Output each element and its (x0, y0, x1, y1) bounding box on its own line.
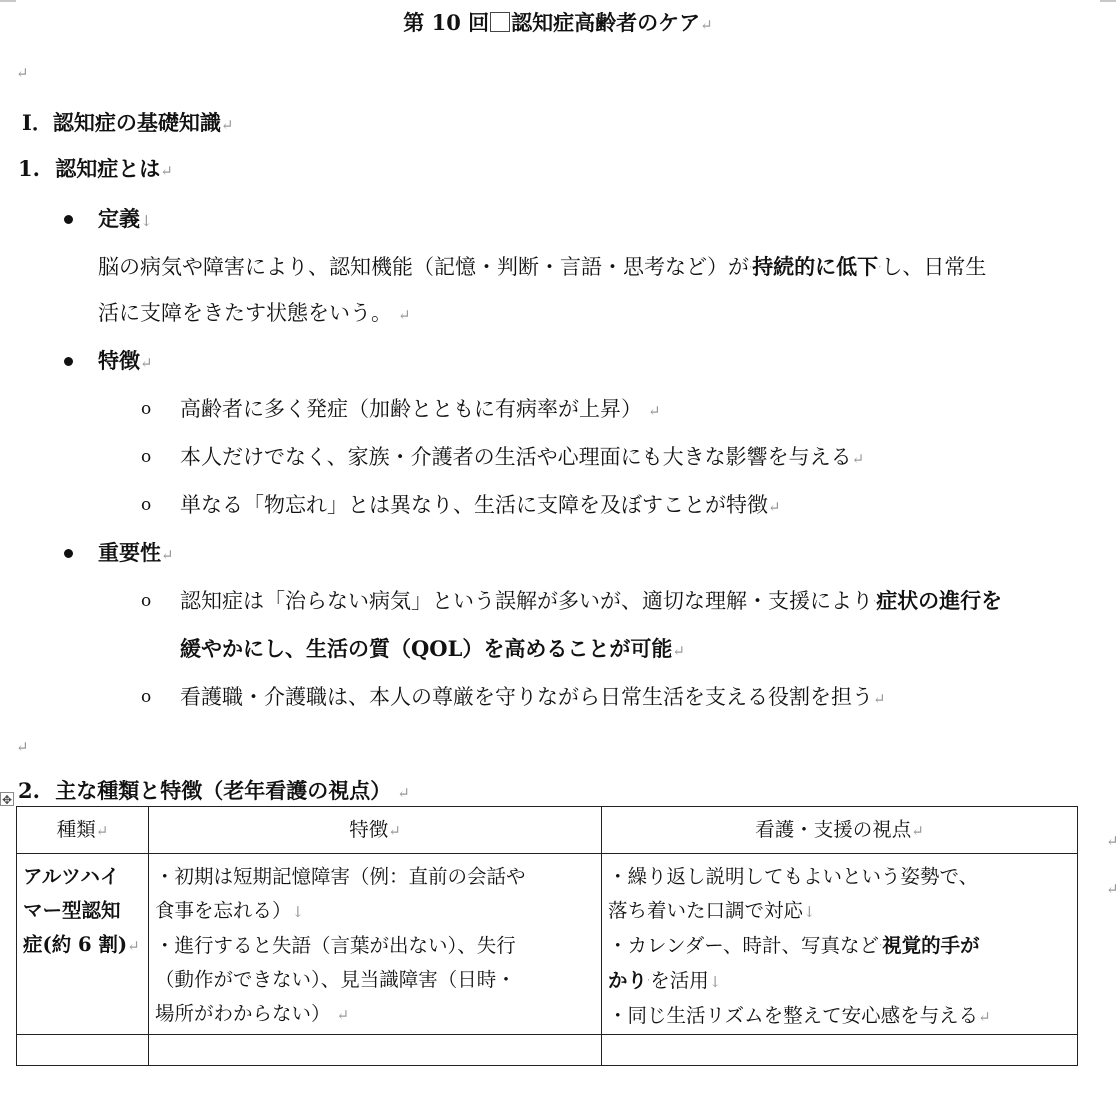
definition-text: し、日常生 (881, 255, 986, 279)
paragraph-mark: ↵ (852, 450, 865, 468)
table-header-row: 種類↵ 特徴↵ 看護・支援の視点↵ (17, 807, 1078, 854)
paragraph-mark: ↵ (16, 738, 29, 756)
cell-text: ・カレンダー、時計、写真など (608, 934, 879, 957)
paragraph-mark: ↵ (16, 64, 29, 82)
cell-text: （動作ができない）、見当識障害（日時・ (155, 963, 595, 997)
title-prefix: 第 10 回 (403, 10, 489, 35)
cell-emphasis: かり (608, 969, 647, 992)
section-heading-text: Ⅰ．認知症の基礎知識 (22, 110, 221, 135)
subitem-emphasis: 緩やかにし、生活の質（QOL）を高めることが可能 (180, 636, 672, 661)
definition-emphasis: 持続的に低下 (752, 254, 878, 279)
subitem-text: 本人だけでなく、家族・介護者の生活や心理面にも大きな影響を与える (180, 445, 852, 469)
section-heading[interactable]: Ⅰ．認知症の基礎知識↵ (22, 108, 233, 140)
paragraph-mark: ↵ (700, 16, 713, 34)
subitem-emphasis: 症状の進行を (876, 588, 1002, 613)
title-suffix: 認知症高齢者のケア (511, 10, 700, 35)
bullet-circle-icon: o (141, 394, 151, 424)
cell-text: ・初期は短期記憶障害（例：直前の会話や (155, 860, 595, 894)
importance-subitem-2[interactable]: 看護職・介護職は、本人の尊厳を守りながら日常生活を支える役割を担う↵ (180, 682, 886, 714)
bullet-disc-icon (64, 357, 73, 366)
item-label: 特徴 (98, 348, 140, 373)
cell-end-mark: ↵ (337, 1006, 350, 1024)
header-text: 看護・支援の視点 (755, 818, 911, 841)
bullet-circle-icon: o (141, 442, 151, 472)
cell-text: アルツハイ (23, 860, 142, 894)
cell-end-mark: ↵ (978, 1008, 991, 1026)
subitem-text: 単なる「物忘れ」とは異なり、生活に支障を及ぼすことが特徴 (180, 493, 768, 517)
paragraph-mark: ↵ (648, 402, 661, 420)
cell-emphasis: 視覚的手が (882, 934, 980, 957)
item-label: 重要性 (98, 540, 161, 565)
cell-empty[interactable] (149, 1034, 602, 1065)
subitem-text: 認知症は「治らない病気」という誤解が多いが、適切な理解・支援により (180, 589, 873, 613)
line-break-mark: ↓ (140, 212, 153, 230)
row-end-mark: ↵ (1106, 880, 1116, 898)
bullet-circle-icon: o (141, 490, 151, 520)
cell-text: ・繰り返し説明してもよいという姿勢で、 (608, 860, 1071, 894)
header-text: 特徴 (349, 818, 388, 841)
row-end-mark: ↵ (1106, 832, 1116, 850)
header-cell-features[interactable]: 特徴↵ (149, 807, 602, 854)
table-move-handle-icon[interactable]: ✥ (0, 792, 14, 806)
bullet-circle-icon: o (141, 586, 151, 616)
definition-text: 活に支障をきたす状態をいう。 (98, 301, 392, 325)
paragraph-mark: ↵ (397, 784, 410, 802)
paragraph-mark: ↵ (873, 690, 886, 708)
definition-body-line-2[interactable]: 活に支障をきたす状態をいう。↵ (98, 298, 411, 330)
importance-subitem-1-line-1[interactable]: 認知症は「治らない病気」という誤解が多いが、適切な理解・支援により·症状の進行を (180, 586, 1002, 618)
line-break-mark: ↓ (803, 903, 816, 921)
paragraph-mark: ↵ (221, 116, 234, 134)
subsection-heading-2[interactable]: 2. 主な種類と特徴（老年看護の視点）↵ (18, 776, 410, 808)
dementia-types-table[interactable]: 種類↵ 特徴↵ 看護・支援の視点↵ アルツハイ マー型認知 症(約 6 割)↵ … (16, 806, 1078, 1066)
subsection-heading-text: 主な種類と特徴（老年看護の視点） (55, 778, 391, 803)
bullet-disc-icon (64, 549, 73, 558)
cell-end-mark: ↵ (911, 822, 924, 840)
features-subitem-2[interactable]: 本人だけでなく、家族・介護者の生活や心理面にも大きな影響を与える↵ (180, 442, 864, 474)
subsection-number: 2. (18, 778, 40, 803)
paragraph-mark: ↵ (398, 306, 411, 324)
cell-features[interactable]: ・初期は短期記憶障害（例：直前の会話や 食事を忘れる）↓ ・進行すると失語（言葉… (149, 854, 602, 1035)
cell-text: 症(約 6 割) (23, 933, 127, 956)
definition-text: 脳の病気や障害により、認知機能（記憶・判断・言語・思考など）が (98, 255, 749, 279)
cell-empty[interactable] (602, 1034, 1078, 1065)
page-corner-mark-right (1100, 0, 1116, 2)
header-text: 種類 (57, 818, 96, 841)
paragraph-mark: ↵ (672, 642, 685, 660)
subsection-heading-1[interactable]: 1. 認知症とは↵ (18, 154, 173, 186)
paragraph-mark: ↵ (768, 498, 781, 516)
missing-glyph-box (490, 12, 510, 32)
cell-care[interactable]: ・繰り返し説明してもよいという姿勢で、 落ち着いた口調で対応↓ ・カレンダー、時… (602, 854, 1078, 1035)
empty-paragraph[interactable]: ↵ (16, 56, 29, 88)
subitem-text: 看護職・介護職は、本人の尊厳を守りながら日常生活を支える役割を担う (180, 685, 873, 709)
cell-text: 食事を忘れる） (155, 899, 292, 922)
importance-subitem-1-line-2[interactable]: 緩やかにし、生活の質（QOL）を高めることが可能↵ (180, 634, 685, 666)
subsection-heading-text: 認知症とは (55, 156, 160, 181)
list-item-features[interactable]: 特徴↵ (98, 346, 153, 378)
list-item-definition[interactable]: 定義↓ (98, 204, 153, 236)
paragraph-mark: ↵ (161, 546, 174, 564)
paragraph-mark: ↵ (160, 162, 173, 180)
paragraph-mark: ↵ (140, 354, 153, 372)
list-item-importance[interactable]: 重要性↵ (98, 538, 174, 570)
cell-end-mark: ↵ (388, 822, 401, 840)
features-subitem-1[interactable]: 高齢者に多く発症（加齢とともに有病率が上昇）↵ (180, 394, 661, 426)
subitem-text: 高齢者に多く発症（加齢とともに有病率が上昇） (180, 397, 642, 421)
cell-text: 場所がわからない） (155, 1002, 331, 1025)
cell-text: ・進行すると失語（言葉が出ない）、失行 (155, 929, 595, 963)
features-subitem-3[interactable]: 単なる「物忘れ」とは異なり、生活に支障を及ぼすことが特徴↵ (180, 490, 781, 522)
cell-text: ・同じ生活リズムを整えて安心感を与える (608, 1004, 978, 1027)
bullet-disc-icon (64, 215, 73, 224)
empty-paragraph[interactable]: ↵ (16, 730, 29, 762)
cell-end-mark: ↵ (96, 822, 109, 840)
cell-text: 落ち着いた口調で対応 (608, 899, 803, 922)
line-break-mark: ↓ (292, 903, 305, 921)
document-title[interactable]: 第 10 回認知症高齢者のケア↵ (0, 8, 1116, 40)
definition-body-line-1[interactable]: 脳の病気や障害により、認知機能（記憶・判断・言語・思考など）が·持続的に低下·し… (98, 252, 986, 284)
cell-type[interactable]: アルツハイ マー型認知 症(約 6 割)↵ (17, 854, 149, 1035)
cell-end-mark: ↵ (127, 937, 140, 955)
header-cell-care[interactable]: 看護・支援の視点↵ (602, 807, 1078, 854)
header-cell-type[interactable]: 種類↵ (17, 807, 149, 854)
item-label: 定義 (98, 206, 140, 231)
cell-empty[interactable] (17, 1034, 149, 1065)
line-break-mark: ↓ (709, 973, 722, 991)
table-row: アルツハイ マー型認知 症(約 6 割)↵ ・初期は短期記憶障害（例：直前の会話… (17, 854, 1078, 1035)
cell-text: マー型認知 (23, 894, 142, 928)
cell-text: を活用 (650, 969, 709, 992)
page-corner-mark-left (0, 0, 16, 2)
subsection-number: 1. (18, 156, 40, 181)
table-row-next-partial (17, 1034, 1078, 1065)
bullet-circle-icon: o (141, 682, 151, 712)
